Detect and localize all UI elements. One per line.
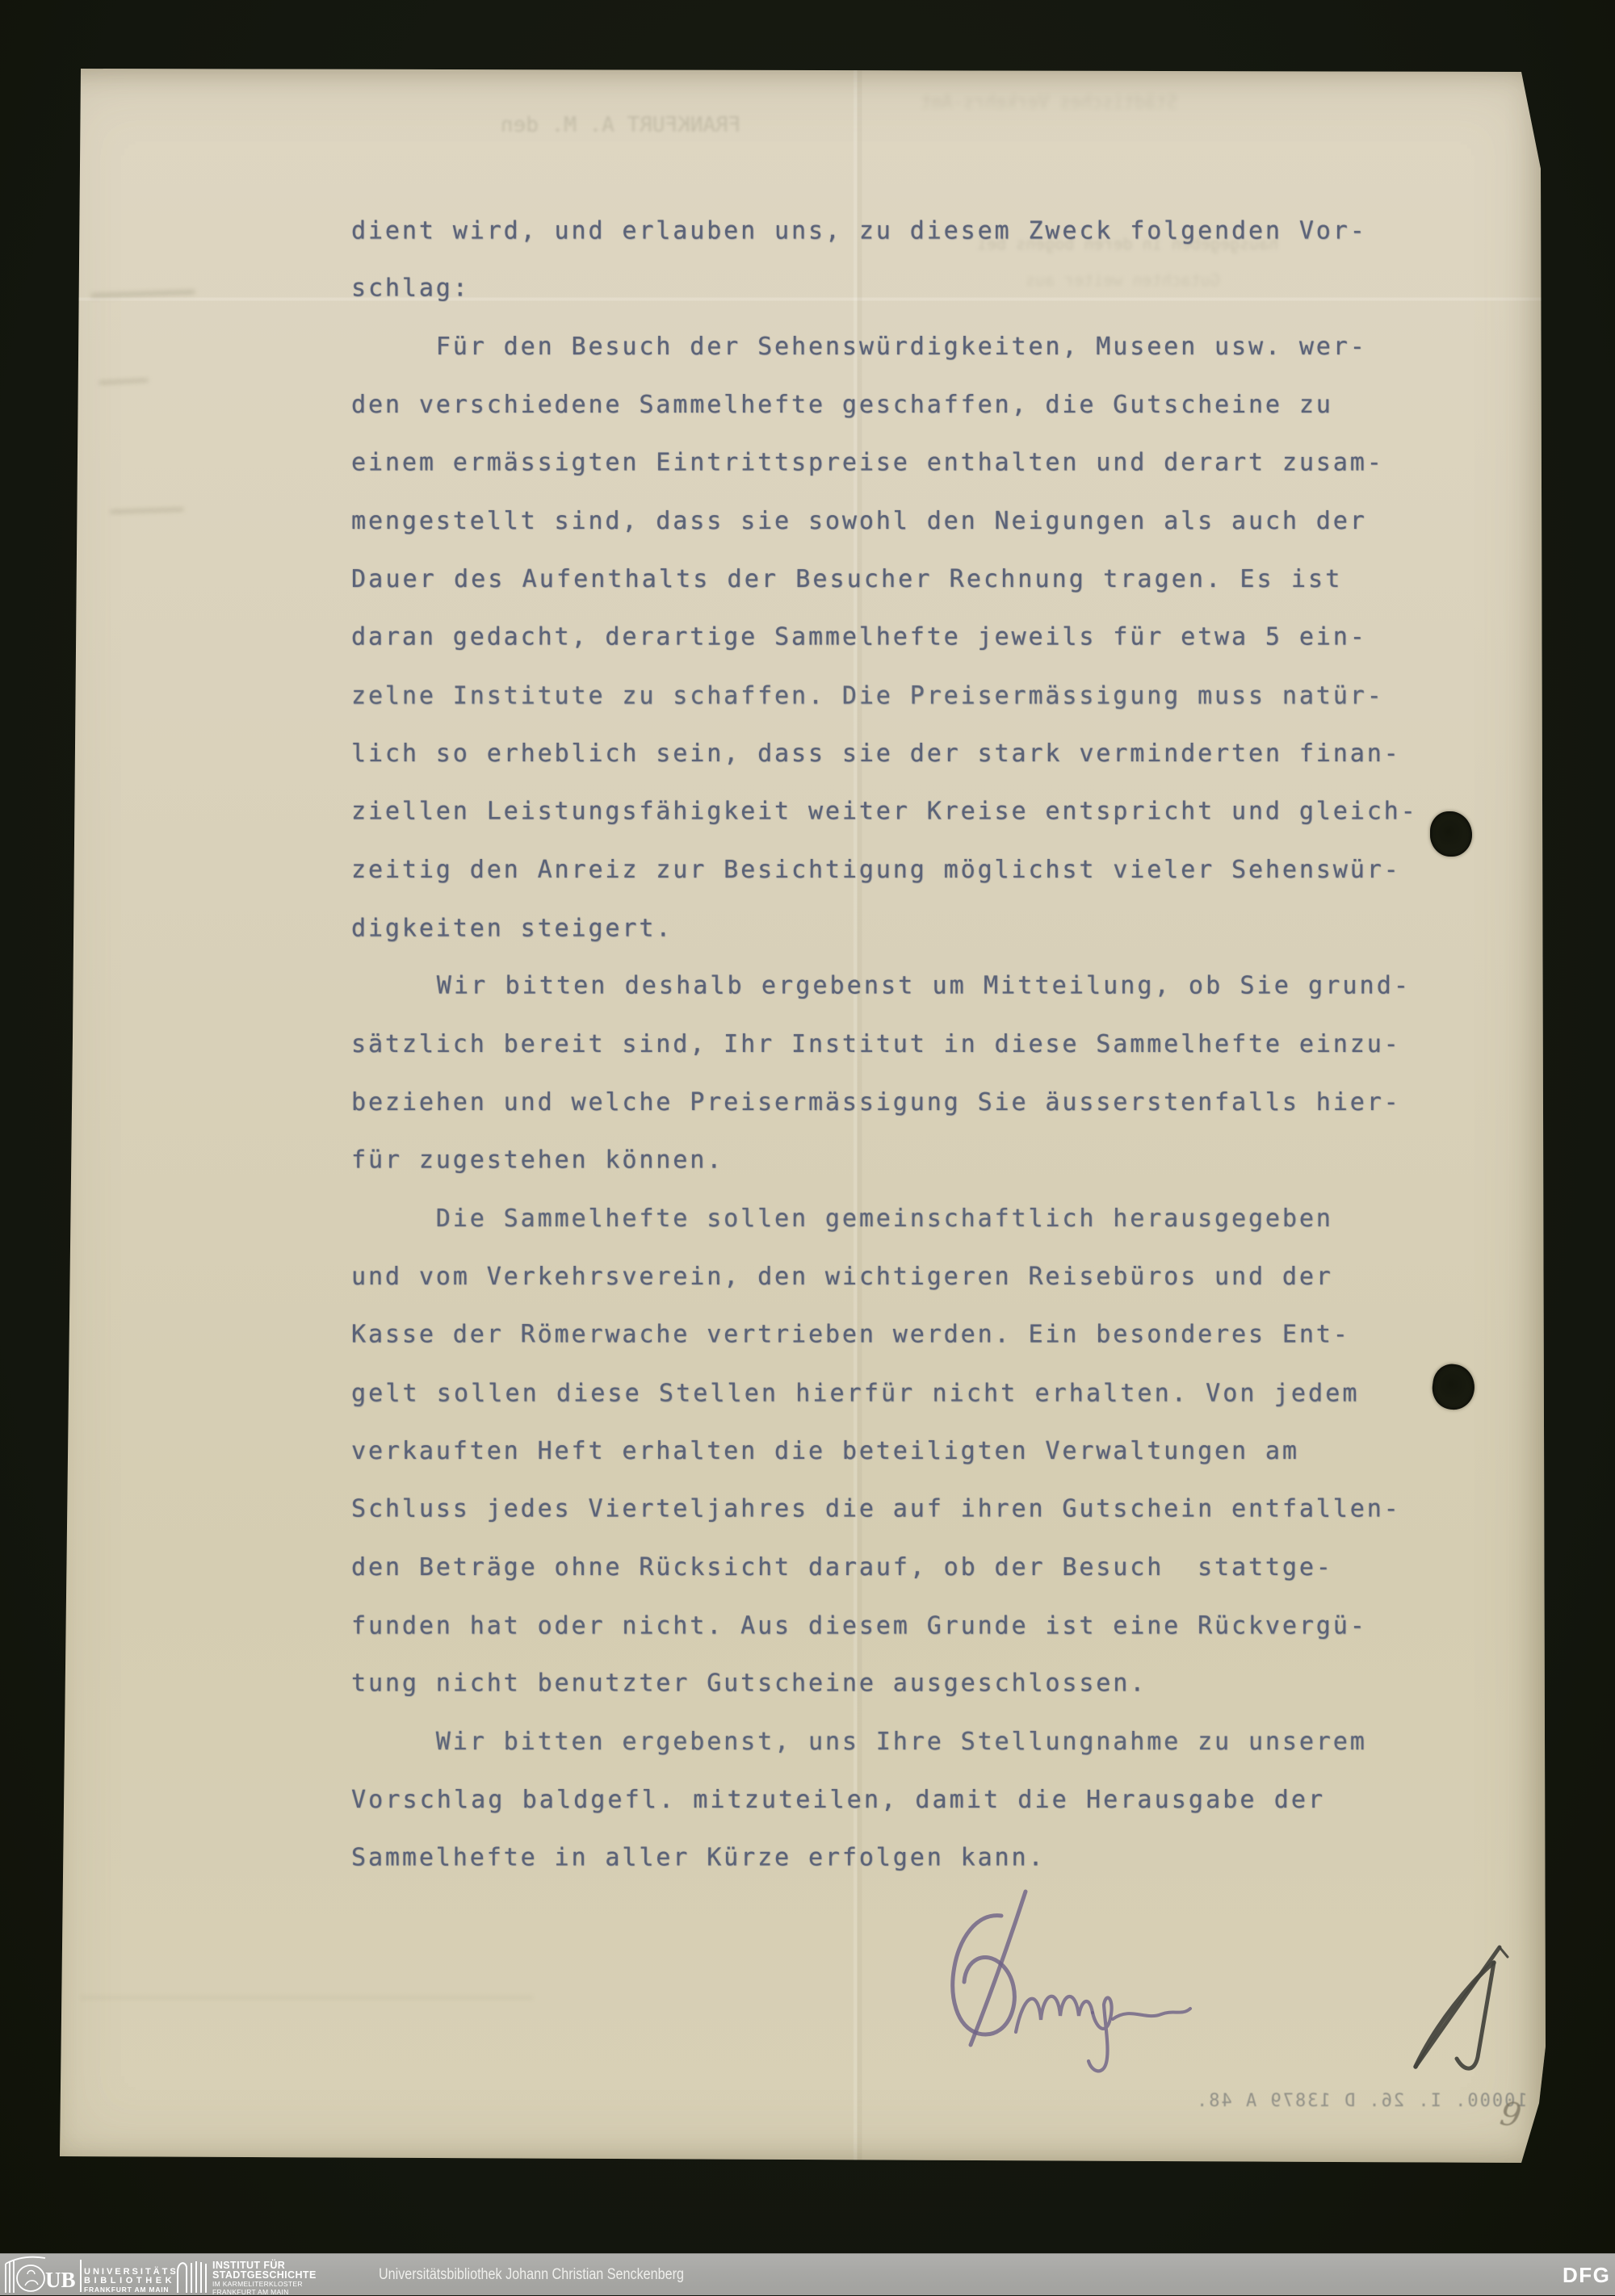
typewritten-line: zelne Institute zu schaffen. Die Preiser… — [351, 668, 1418, 726]
letter-scan-page: FRANKFURT A. M. den Städtisches Verkehrs… — [48, 69, 1547, 2163]
typewritten-line: Dauer des Aufenthalts der Besucher Rechn… — [351, 551, 1418, 609]
typewritten-line: den Beträge ohne Rücksicht darauf, ob de… — [351, 1539, 1418, 1597]
ub-name-line: BIBLIOTHEK — [84, 2277, 178, 2286]
typewritten-line: Kasse der Römerwache vertrieben werden. … — [351, 1305, 1418, 1364]
typewritten-line: daran gedacht, derartige Sammelhefte jew… — [351, 608, 1418, 666]
inst-name-line: FRANKFURT AM MAIN — [212, 2289, 317, 2296]
paper-smudge — [99, 378, 149, 384]
paper-smudge — [90, 290, 195, 299]
inst-name-line: STADTGESCHICHTE — [212, 2271, 317, 2281]
ub-name-line: FRANKFURT AM MAIN — [84, 2286, 178, 2294]
typewritten-line: einem ermässigten Eintrittspreise enthal… — [351, 434, 1418, 492]
typewritten-line: Wir bitten ergebenst, uns Ihre Stellungn… — [351, 1713, 1418, 1771]
typewritten-line: mengestellt sind, dass sie sowohl den Ne… — [351, 492, 1418, 551]
ub-monogram: UB — [45, 2268, 76, 2292]
typewritten-line: schlag: — [351, 259, 1418, 317]
footer-credits-bar: UB UNIVERSITÄTS BIBLIOTHEK FRANKFURT AM … — [0, 2253, 1615, 2295]
typewritten-line: Sammelhefte in aller Kürze erfolgen kann… — [351, 1829, 1418, 1887]
punch-hole — [1430, 811, 1472, 857]
typewritten-line: funden hat oder nicht. Aus diesem Grunde… — [351, 1598, 1418, 1656]
institut-stadtgeschichte-logo — [175, 2260, 209, 2293]
typewritten-line: digkeiten steigert. — [351, 900, 1418, 958]
typewritten-line: für zugestehen können. — [351, 1131, 1418, 1189]
bleed-through-text: Städtisches Verkehrs-Amt — [921, 93, 1177, 113]
printer-imprint: 10000. I. 26. D 13879 A 48. — [1195, 2091, 1528, 2111]
ub-name-line: UNIVERSITÄTS — [84, 2268, 178, 2277]
handwritten-signature — [904, 1869, 1211, 2087]
typewritten-line: Vorschlag baldgefl. mitzuteilen, damit d… — [351, 1771, 1418, 1829]
typewritten-line: verkauften Heft erhalten die beteiligten… — [351, 1422, 1418, 1481]
dfg-logo: DFG — [1563, 2263, 1610, 2288]
typewritten-line: und vom Verkehrsverein, den wichtigeren … — [351, 1248, 1418, 1306]
typewritten-line: Schluss jedes Vierteljahres die auf ihre… — [351, 1480, 1418, 1538]
crease-line — [81, 1996, 533, 1999]
typewritten-line: gelt sollen diese Stellen hierfür nicht … — [351, 1365, 1418, 1423]
typewritten-line: dient wird, und erlauben uns, zu diesem … — [351, 203, 1418, 261]
typewritten-line: den verschiedene Sammelhefte geschaffen,… — [351, 376, 1418, 434]
typewritten-line: tung nicht benutzter Gutscheine ausgesch… — [351, 1654, 1418, 1712]
punch-hole — [1429, 1362, 1477, 1413]
handwritten-initials — [1393, 1938, 1514, 2087]
typewritten-line: zeitig den Anreiz zur Besichtigung mögli… — [351, 841, 1418, 899]
inst-name-line: IM KARMELITERKLOSTER — [212, 2281, 317, 2288]
institut-stadtgeschichte-wordmark: INSTITUT FÜR STADTGESCHICHTE IM KARMELIT… — [212, 2261, 317, 2295]
typewritten-line: sätzlich bereit sind, Ihr Institut in di… — [351, 1016, 1418, 1074]
typewritten-letter-body: dient wird, und erlauben uns, zu diesem … — [351, 202, 1418, 1887]
ub-library-wordmark: UNIVERSITÄTS BIBLIOTHEK FRANKFURT AM MAI… — [84, 2268, 178, 2294]
typewritten-line: ziellen Leistungsfähigkeit weiter Kreise… — [351, 782, 1418, 840]
typewritten-line: lich so erheblich sein, dass sie der sta… — [351, 725, 1418, 783]
library-provider-name: Universitätsbibliothek Johann Christian … — [379, 2266, 684, 2284]
ub-library-logo: UB — [3, 2255, 84, 2294]
typewritten-line: Für den Besuch der Sehenswürdigkeiten, M… — [351, 318, 1418, 376]
typewritten-line: Wir bitten deshalb ergebenst um Mitteilu… — [351, 957, 1418, 1015]
bleed-through-text: FRANKFURT A. M. den — [501, 113, 740, 137]
typewritten-line: beziehen und welche Preisermässigung Sie… — [351, 1074, 1418, 1132]
typewritten-line: Die Sammelhefte sollen gemeinschaftlich … — [351, 1190, 1418, 1248]
paper-smudge — [110, 507, 184, 513]
